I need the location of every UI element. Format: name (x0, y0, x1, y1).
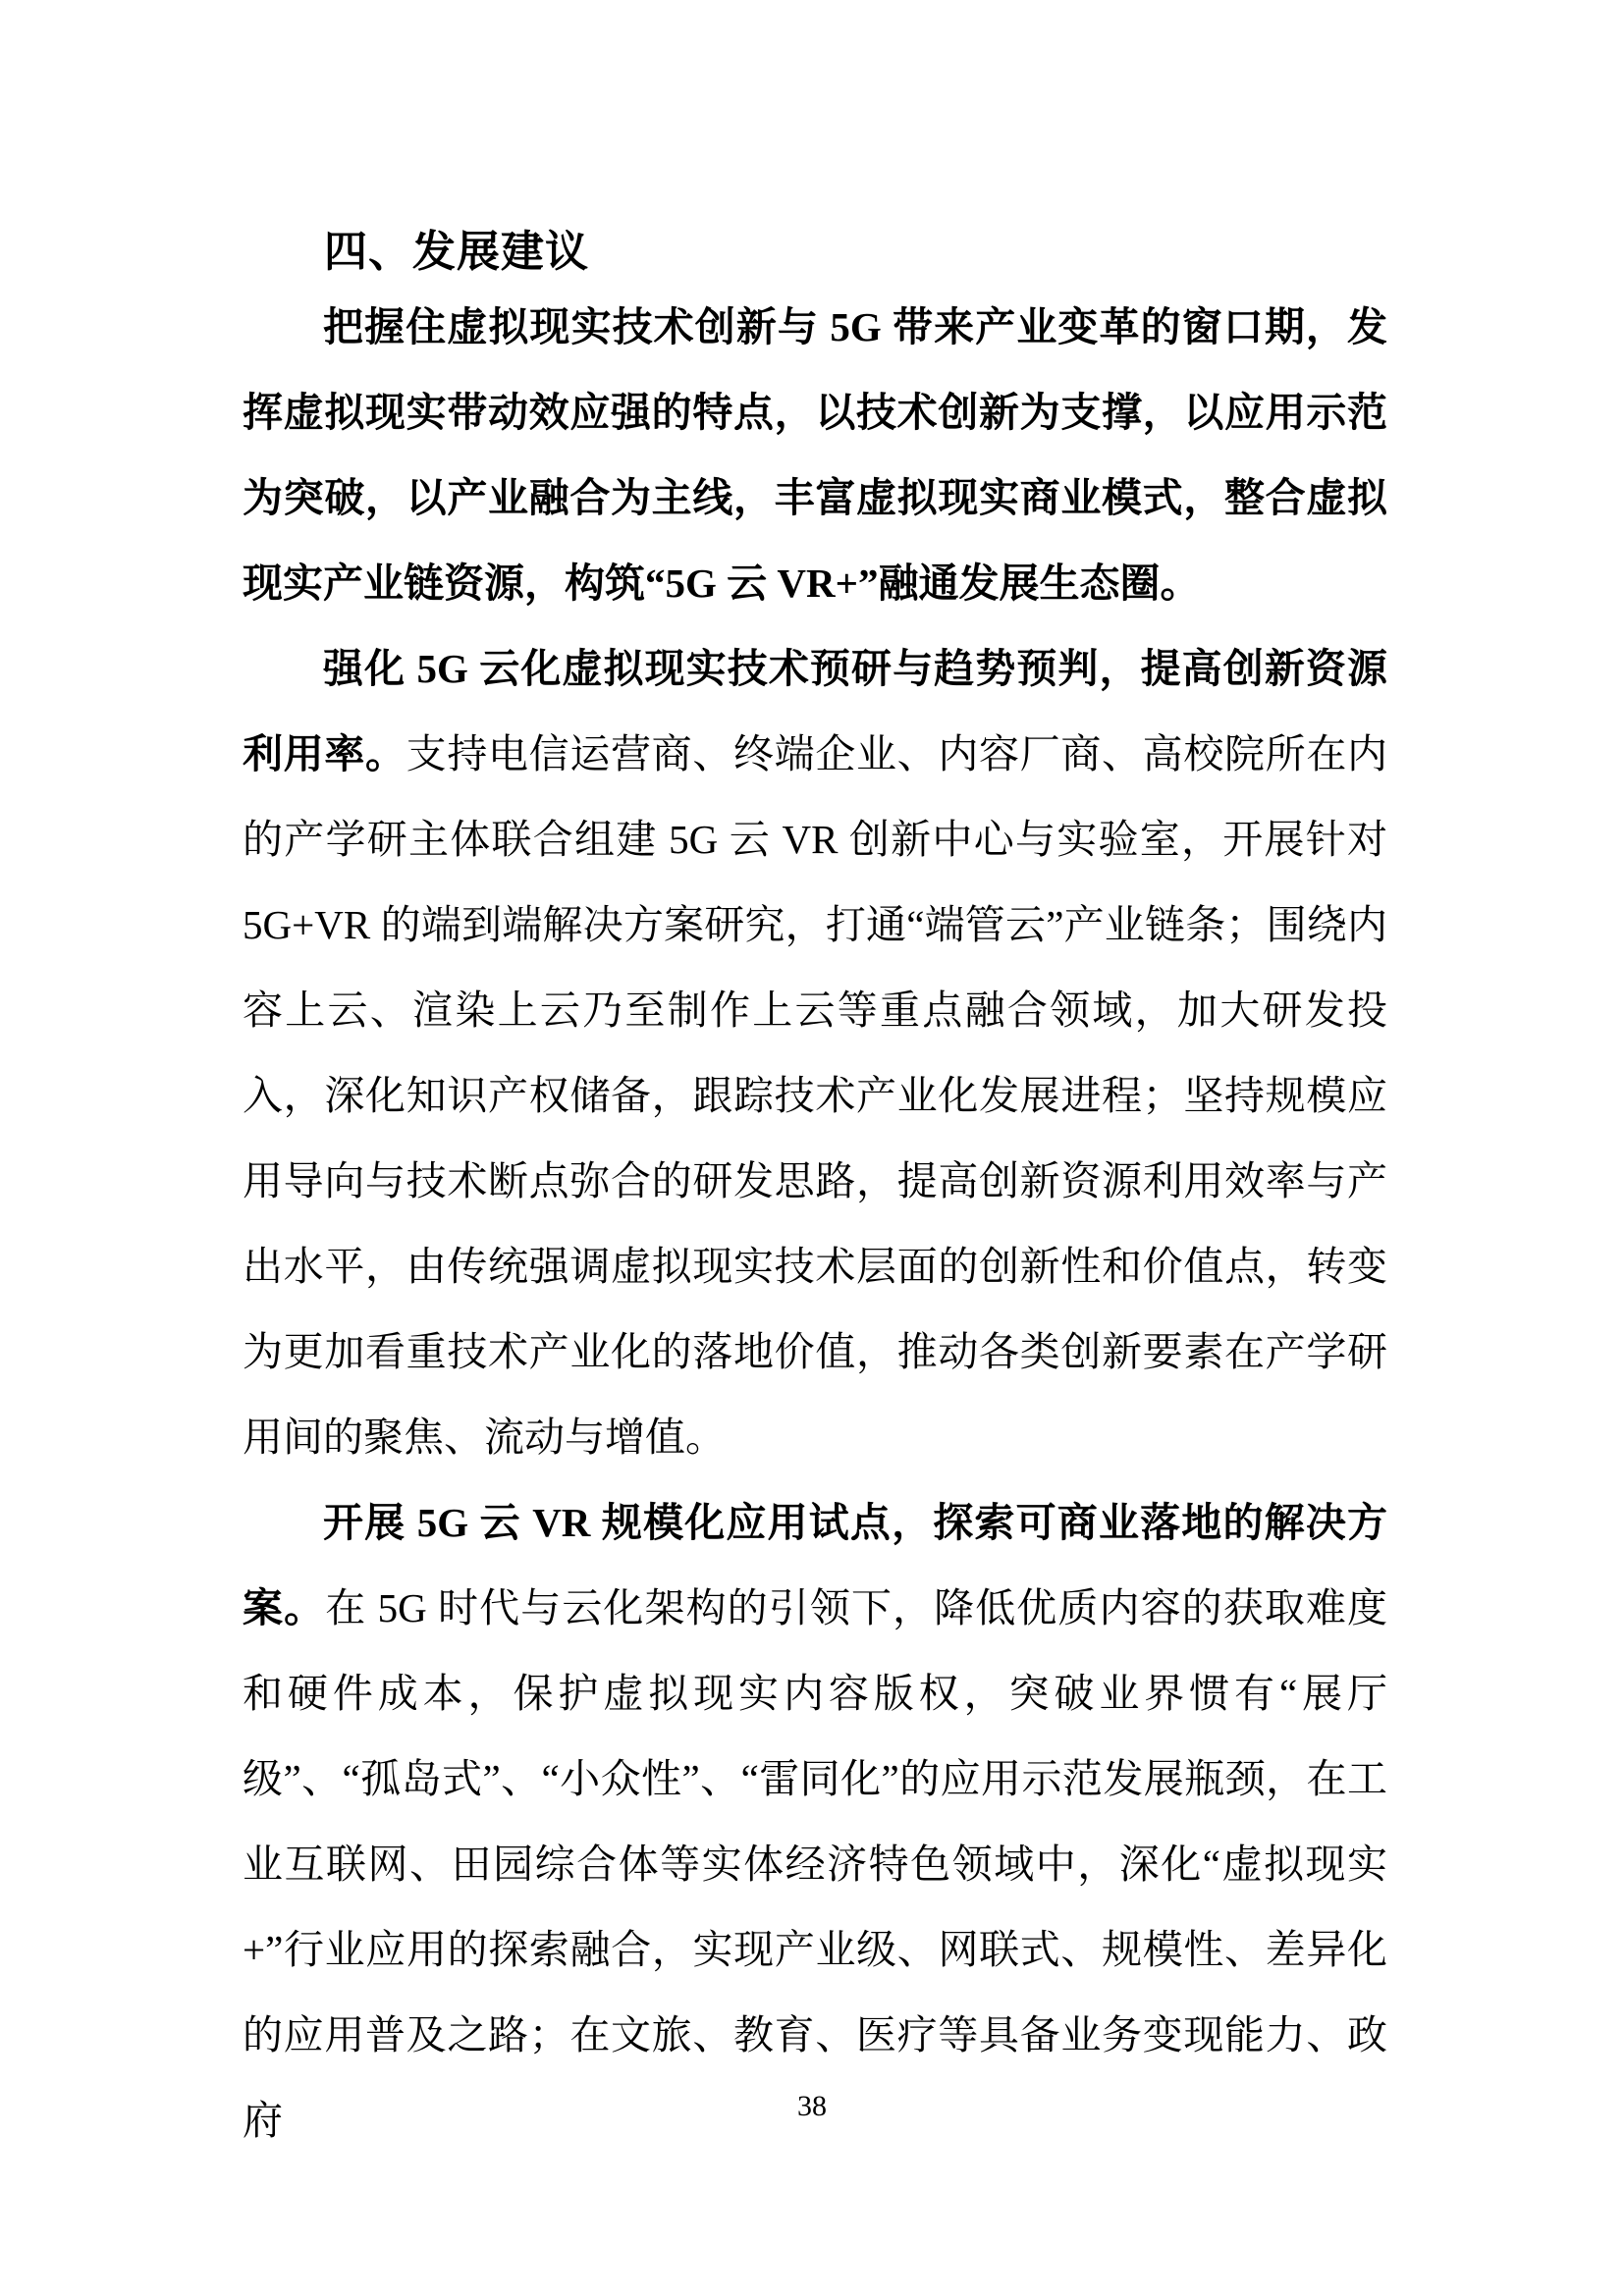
document-page: 四、发展建议 把握住虚拟现实技术创新与 5G 带来产业变革的窗口期，发挥虚拟现实… (0, 0, 1624, 2296)
paragraph: 强化 5G 云化虚拟现实技术预研与趋势预判，提高创新资源利用率。支持电信运营商、… (243, 626, 1387, 1480)
text-run-bold: 把握住虚拟现实技术创新与 5G 带来产业变革的窗口期，发挥虚拟现实带动效应强的特… (243, 304, 1387, 606)
section-heading: 四、发展建议 (324, 227, 589, 278)
text-run: 在 5G 时代与云化架构的引领下，降低优质内容的获取难度和硬件成本，保护虚拟现实… (243, 1585, 1387, 2143)
paragraph: 把握住虚拟现实技术创新与 5G 带来产业变革的窗口期，发挥虚拟现实带动效应强的特… (243, 285, 1387, 626)
body-text-block: 把握住虚拟现实技术创新与 5G 带来产业变革的窗口期，发挥虚拟现实带动效应强的特… (243, 285, 1387, 2163)
page-number: 38 (0, 2089, 1624, 2124)
paragraph: 开展 5G 云 VR 规模化应用试点，探索可商业落地的解决方案。在 5G 时代与… (243, 1480, 1387, 2163)
text-run: 支持电信运营商、终端企业、内容厂商、高校院所在内的产学研主体联合组建 5G 云 … (243, 731, 1387, 1460)
